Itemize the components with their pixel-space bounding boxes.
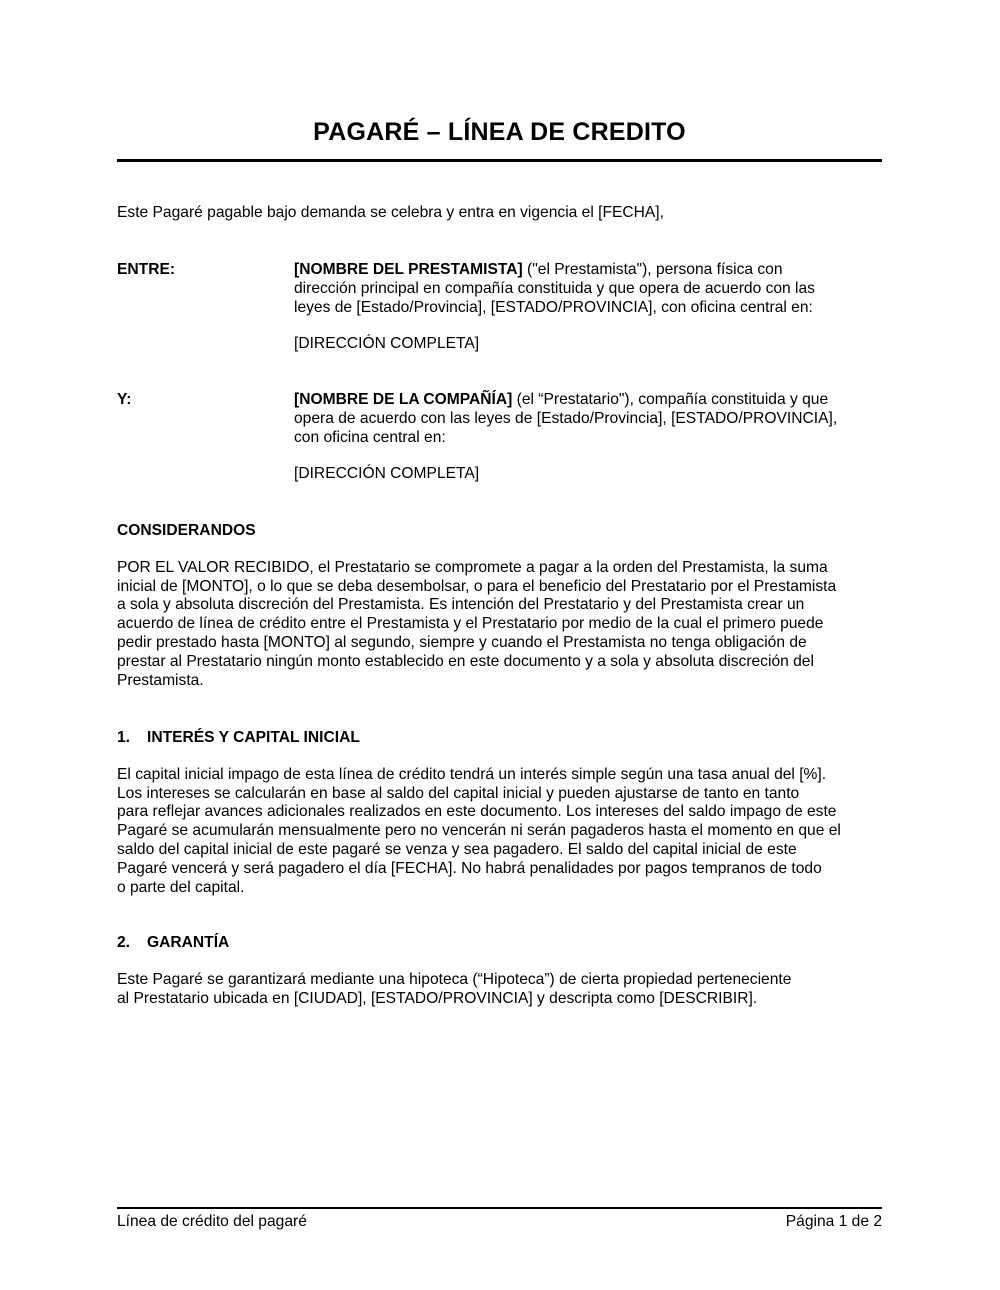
body-line: pedir prestado hasta [MONTO] al segundo,… bbox=[117, 634, 882, 653]
body-line: Prestamista. bbox=[117, 672, 882, 691]
party-line: con oficina central en: bbox=[294, 429, 884, 448]
body-line: prestar al Prestatario ningún monto esta… bbox=[117, 653, 882, 672]
party-line: dirección principal en compañía constitu… bbox=[294, 280, 884, 299]
intro-paragraph: Este Pagaré pagable bajo demanda se cele… bbox=[117, 204, 882, 223]
body-line: Los intereses se calcularán en base al s… bbox=[117, 785, 882, 804]
section-body: El capital inicial impago de esta línea … bbox=[117, 766, 882, 898]
footer-document-name: Línea de crédito del pagaré bbox=[117, 1213, 307, 1232]
title-divider bbox=[117, 159, 882, 162]
party-line: ("el Prestamista"), persona física con bbox=[523, 261, 783, 278]
body-line: Pagaré se acumularán mensualmente pero n… bbox=[117, 822, 882, 841]
party-name: [NOMBRE DE LA COMPAÑÍA] bbox=[294, 391, 512, 408]
section-title: GARANTÍA bbox=[147, 934, 229, 951]
recitals-heading: CONSIDERANDOS bbox=[117, 522, 882, 541]
body-line: inicial de [MONTO], o lo que se deba des… bbox=[117, 578, 882, 597]
body-line: Este Pagaré se garantizará mediante una … bbox=[117, 971, 882, 990]
body-line: Pagaré vencerá y será pagadero el día [F… bbox=[117, 860, 882, 879]
body-line: saldo del capital inicial de este pagaré… bbox=[117, 841, 882, 860]
party-address: [DIRECCIÓN COMPLETA] bbox=[294, 465, 884, 484]
recitals-section: CONSIDERANDOS POR EL VALOR RECIBIDO, el … bbox=[117, 522, 882, 690]
party-line: leyes de [Estado/Provincia], [ESTADO/PRO… bbox=[294, 299, 884, 318]
body-line: al Prestatario ubicada en [CIUDAD], [EST… bbox=[117, 990, 882, 1009]
recitals-body: POR EL VALOR RECIBIDO, el Prestatario se… bbox=[117, 559, 882, 691]
footer-page-number: Página 1 de 2 bbox=[786, 1213, 882, 1232]
party-description: [NOMBRE DE LA COMPAÑÍA] (el “Prestatario… bbox=[294, 391, 884, 484]
section-title: INTERÉS Y CAPITAL INICIAL bbox=[147, 729, 360, 746]
section-guarantee: 2.GARANTÍA Este Pagaré se garantizará me… bbox=[117, 934, 882, 1008]
body-line: a sola y absoluta discreción del Prestam… bbox=[117, 596, 882, 615]
party-label: Y: bbox=[117, 391, 131, 410]
section-interest: 1.INTERÉS Y CAPITAL INICIAL El capital i… bbox=[117, 729, 882, 897]
body-line: POR EL VALOR RECIBIDO, el Prestatario se… bbox=[117, 559, 882, 578]
section-heading: 2.GARANTÍA bbox=[117, 934, 882, 953]
body-line: o parte del capital. bbox=[117, 879, 882, 898]
body-line: El capital inicial impago de esta línea … bbox=[117, 766, 882, 785]
section-number: 1. bbox=[117, 729, 147, 748]
body-line: para reflejar avances adicionales realiz… bbox=[117, 803, 882, 822]
section-body: Este Pagaré se garantizará mediante una … bbox=[117, 971, 882, 1009]
body-line: acuerdo de línea de crédito entre el Pre… bbox=[117, 615, 882, 634]
section-heading: 1.INTERÉS Y CAPITAL INICIAL bbox=[117, 729, 882, 748]
document-title: PAGARÉ – LÍNEA DE CREDITO bbox=[117, 114, 882, 150]
party-name: [NOMBRE DEL PRESTAMISTA] bbox=[294, 261, 523, 278]
document-page: PAGARÉ – LÍNEA DE CREDITO Este Pagaré pa… bbox=[0, 0, 1000, 1290]
party-address: [DIRECCIÓN COMPLETA] bbox=[294, 335, 884, 354]
party-line: (el “Prestatario"), compañía constituida… bbox=[512, 391, 828, 408]
section-number: 2. bbox=[117, 934, 147, 953]
party-line: opera de acuerdo con las leyes de [Estad… bbox=[294, 410, 884, 429]
footer-divider bbox=[117, 1207, 882, 1209]
party-description: [NOMBRE DEL PRESTAMISTA] ("el Prestamist… bbox=[294, 261, 884, 354]
party-label: ENTRE: bbox=[117, 261, 175, 280]
